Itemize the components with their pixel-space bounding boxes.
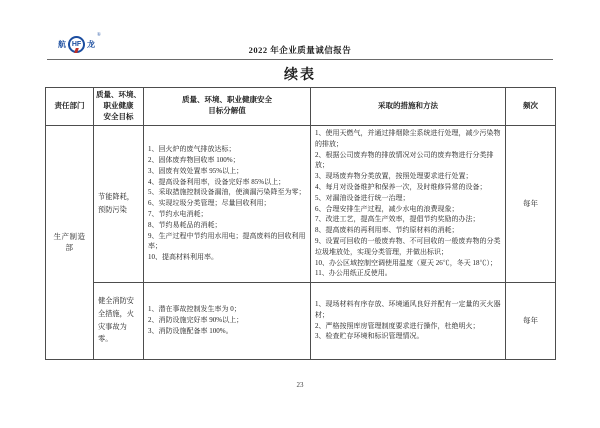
cell-goal-fire: 健全消防安全措施，火灾事故为零。 [94, 282, 144, 359]
table-row-energy-saving: 生产制造部 节能降耗，预防污染 1、回火炉的废气排放达标； 2、固体废弃物回收率… [46, 125, 556, 282]
table-header-row: 责任部门 质量、环境、 职业健康 安全目标 质量、环境、职业健康安全 目标分解值… [46, 88, 556, 126]
cell-frequency-fire: 每年 [506, 282, 556, 359]
cell-targets-energy: 1、回火炉的废气排放达标； 2、固体废弃物回收率 100%； 3、固废有效处置率… [144, 125, 311, 282]
registered-trademark-icon: ® [97, 33, 101, 38]
header-divider [47, 59, 553, 60]
section-title: 续表 [0, 64, 600, 84]
cell-department: 生产制造部 [46, 125, 94, 359]
report-header-title: 2022 年企业质量诚信报告 [0, 44, 600, 56]
header-cell-target-breakdown: 质量、环境、职业健康安全 目标分解值 [144, 88, 311, 126]
header-cell-department: 责任部门 [46, 88, 94, 126]
header-cell-goal: 质量、环境、 职业健康 安全目标 [94, 88, 144, 126]
report-page: 航 HF 龙 ® 2022 年企业质量诚信报告 续表 责任部门 质量、环境、 职… [0, 0, 600, 428]
cell-measures-energy: 1、使用天燃气，并通过排烟除尘系统进行处理，减少污染物的排放； 2、根据公司废弃… [311, 125, 506, 282]
page-number: 23 [0, 381, 600, 389]
cell-measures-fire: 1、现场材料有序存放、环境通风良好并配有一定量的灭火器材； 2、严格按照库房管理… [311, 282, 506, 359]
cell-goal-energy: 节能降耗，预防污染 [94, 125, 144, 282]
header-cell-measures: 采取的措施和方法 [311, 88, 506, 126]
cell-targets-fire: 1、潜在事故控制发生率为 0； 2、消防设施完好率 90%以上； 3、消防设施配… [144, 282, 311, 359]
cell-frequency-energy: 每年 [506, 125, 556, 282]
quality-goals-table: 责任部门 质量、环境、 职业健康 安全目标 质量、环境、职业健康安全 目标分解值… [45, 87, 556, 360]
table-row-fire-safety: 健全消防安全措施，火灾事故为零。 1、潜在事故控制发生率为 0； 2、消防设施完… [46, 282, 556, 359]
header-cell-frequency: 频次 [506, 88, 556, 126]
